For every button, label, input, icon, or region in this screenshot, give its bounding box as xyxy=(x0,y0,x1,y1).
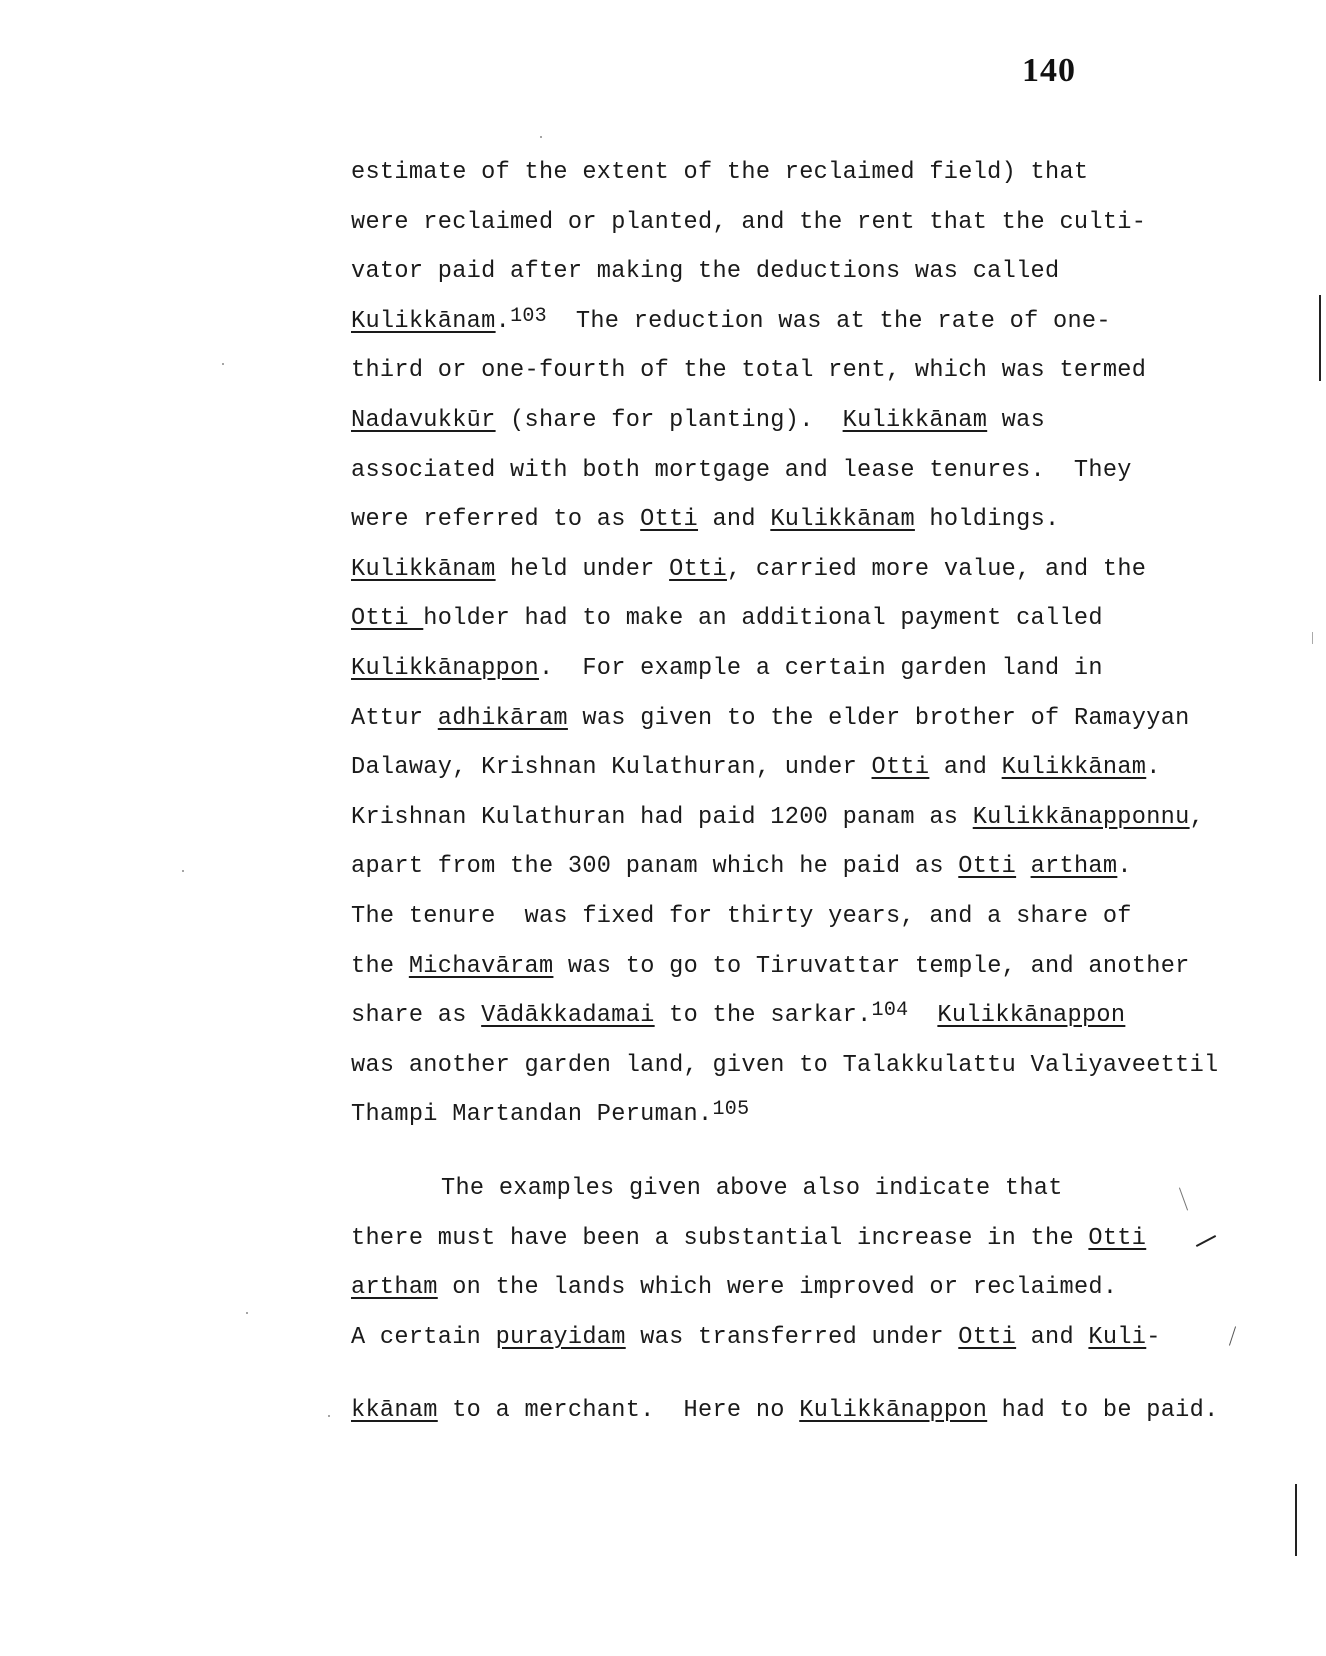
text-run: Krishnan Kulathuran had paid 1200 panam … xyxy=(351,804,973,831)
term: purayidam xyxy=(496,1324,626,1351)
footnote-ref: 103 xyxy=(510,305,547,328)
speck xyxy=(540,136,542,138)
text-run: was given to the elder brother of Ramayy… xyxy=(568,705,1190,732)
footnote-ref: 105 xyxy=(712,1098,749,1121)
text-run xyxy=(1016,853,1030,880)
text-line: Kulikkānappon. For example a certain gar… xyxy=(351,654,1103,684)
text-run: third or one-fourth of the total rent, w… xyxy=(351,357,1146,384)
term: Kulikkānam xyxy=(351,556,496,583)
text-line: Kulikkānam.103 The reduction was at the … xyxy=(351,307,1111,337)
text-run: Dalaway, Krishnan Kulathuran, under xyxy=(351,754,872,781)
speck xyxy=(182,870,184,872)
text-run: (share for planting). xyxy=(496,407,843,434)
term: Kulikkānapponnu xyxy=(973,804,1190,831)
text-line: there must have been a substantial incre… xyxy=(351,1224,1146,1254)
term: Kulikkānam xyxy=(843,407,988,434)
text-line: Nadavukkūr (share for planting). Kulikkā… xyxy=(351,406,1045,436)
term: Kulikkānam xyxy=(1002,754,1147,781)
term: artham xyxy=(1031,853,1118,880)
text-run: , carried more value, and the xyxy=(727,556,1146,583)
text-run: was to go to Tiruvattar temple, and anot… xyxy=(553,953,1189,980)
text-run: . xyxy=(1117,853,1131,880)
text-line: share as Vādākkadamai to the sarkar.104 … xyxy=(351,1001,1125,1031)
text-line: associated with both mortgage and lease … xyxy=(351,456,1132,486)
footnote-ref: 104 xyxy=(872,999,909,1022)
text-line: vator paid after making the deductions w… xyxy=(351,257,1059,287)
text-line: Krishnan Kulathuran had paid 1200 panam … xyxy=(351,803,1204,833)
text-run: vator paid after making the deductions w… xyxy=(351,258,1059,285)
term: Otti xyxy=(351,605,423,632)
text-run: to a merchant. Here no xyxy=(438,1397,799,1424)
text-run: were referred to as xyxy=(351,506,640,533)
text-line: were referred to as Otti and Kulikkānam … xyxy=(351,505,1060,535)
text-line: estimate of the extent of the reclaimed … xyxy=(351,158,1088,188)
text-run: A certain xyxy=(351,1324,496,1351)
term: Otti xyxy=(872,754,930,781)
text-line: The tenure was fixed for thirty years, a… xyxy=(351,902,1132,932)
text-run: and xyxy=(698,506,770,533)
text-run: held under xyxy=(496,556,670,583)
text-run: there must have been a substantial incre… xyxy=(351,1225,1088,1252)
speck xyxy=(328,1415,330,1417)
text-run: was another garden land, given to Talakk… xyxy=(351,1052,1219,1079)
term: Otti xyxy=(958,1324,1016,1351)
text-line: kkānam to a merchant. Here no Kulikkānap… xyxy=(351,1396,1219,1426)
term: Nadavukkūr xyxy=(351,407,496,434)
text-run: on the lands which were improved or recl… xyxy=(438,1274,1118,1301)
term: kkānam xyxy=(351,1397,438,1424)
text-line: were reclaimed or planted, and the rent … xyxy=(351,208,1146,238)
term: Otti xyxy=(958,853,1016,880)
text-run: Thampi Martandan Peruman. xyxy=(351,1101,712,1128)
text-run: and xyxy=(929,754,1001,781)
text-line: Kulikkānam held under Otti, carried more… xyxy=(351,555,1146,585)
text-run: had to be paid. xyxy=(987,1397,1218,1424)
term: adhikāram xyxy=(438,705,568,732)
text-run: Attur xyxy=(351,705,438,732)
text-line: artham on the lands which were improved … xyxy=(351,1273,1117,1303)
term: Kulikkānappon xyxy=(351,655,539,682)
term: Kulikkānappon xyxy=(937,1002,1125,1029)
text-run: apart from the 300 panam which he paid a… xyxy=(351,853,958,880)
text-line: Attur adhikāram was given to the elder b… xyxy=(351,704,1190,734)
text-run: the xyxy=(351,953,409,980)
term: Kulikkānam xyxy=(351,308,496,335)
term: Kuli xyxy=(1088,1324,1146,1351)
margin-line-bottom-right xyxy=(1295,1484,1297,1556)
text-line: the Michavāram was to go to Tiruvattar t… xyxy=(351,952,1190,982)
text-run: were reclaimed or planted, and the rent … xyxy=(351,209,1146,236)
text-run: . xyxy=(496,308,510,335)
term: artham xyxy=(351,1274,438,1301)
text-run: was transferred under xyxy=(626,1324,959,1351)
text-run: . For example a certain garden land in xyxy=(539,655,1103,682)
text-run: to the sarkar. xyxy=(655,1002,872,1029)
text-run: holdings. xyxy=(915,506,1060,533)
document-page: 140 estimate of the extent of the reclai… xyxy=(0,0,1326,1656)
margin-scribble-1 xyxy=(1179,1188,1188,1211)
text-line: The examples given above also indicate t… xyxy=(441,1174,1063,1204)
text-run: associated with both mortgage and lease … xyxy=(351,457,1132,484)
text-line: A certain purayidam was transferred unde… xyxy=(351,1323,1161,1353)
page-number: 140 xyxy=(1022,52,1076,90)
text-run: . xyxy=(1146,754,1160,781)
term: Kulikkānappon xyxy=(799,1397,987,1424)
text-run: holder had to make an additional payment… xyxy=(423,605,1103,632)
text-line: Thampi Martandan Peruman.105 xyxy=(351,1100,749,1130)
text-run: The reduction was at the rate of one- xyxy=(547,308,1111,335)
text-line: apart from the 300 panam which he paid a… xyxy=(351,852,1132,882)
term: Michavāram xyxy=(409,953,554,980)
term: Vādākkadamai xyxy=(481,1002,655,1029)
text-run: The tenure was fixed for thirty years, a… xyxy=(351,903,1132,930)
text-line: third or one-fourth of the total rent, w… xyxy=(351,356,1146,386)
margin-scribble-3 xyxy=(1229,1326,1236,1345)
text-run: and xyxy=(1016,1324,1088,1351)
term: Kulikkānam xyxy=(770,506,915,533)
text-run: The examples given above also indicate t… xyxy=(441,1175,1063,1202)
text-line: was another garden land, given to Talakk… xyxy=(351,1051,1219,1081)
term: Otti xyxy=(640,506,698,533)
text-line: Dalaway, Krishnan Kulathuran, under Otti… xyxy=(351,753,1161,783)
speck xyxy=(222,363,224,365)
speck xyxy=(246,1312,248,1314)
text-run: estimate of the extent of the reclaimed … xyxy=(351,159,1088,186)
margin-line-top-right xyxy=(1319,295,1321,381)
text-run: - xyxy=(1146,1324,1160,1351)
text-run: was xyxy=(987,407,1045,434)
term: Otti xyxy=(669,556,727,583)
text-run xyxy=(908,1002,937,1029)
margin-tick-right xyxy=(1312,632,1313,644)
text-run: , xyxy=(1190,804,1204,831)
text-line: Otti holder had to make an additional pa… xyxy=(351,604,1103,634)
margin-scribble-2 xyxy=(1196,1235,1216,1247)
text-run: share as xyxy=(351,1002,481,1029)
term: Otti xyxy=(1088,1225,1146,1252)
